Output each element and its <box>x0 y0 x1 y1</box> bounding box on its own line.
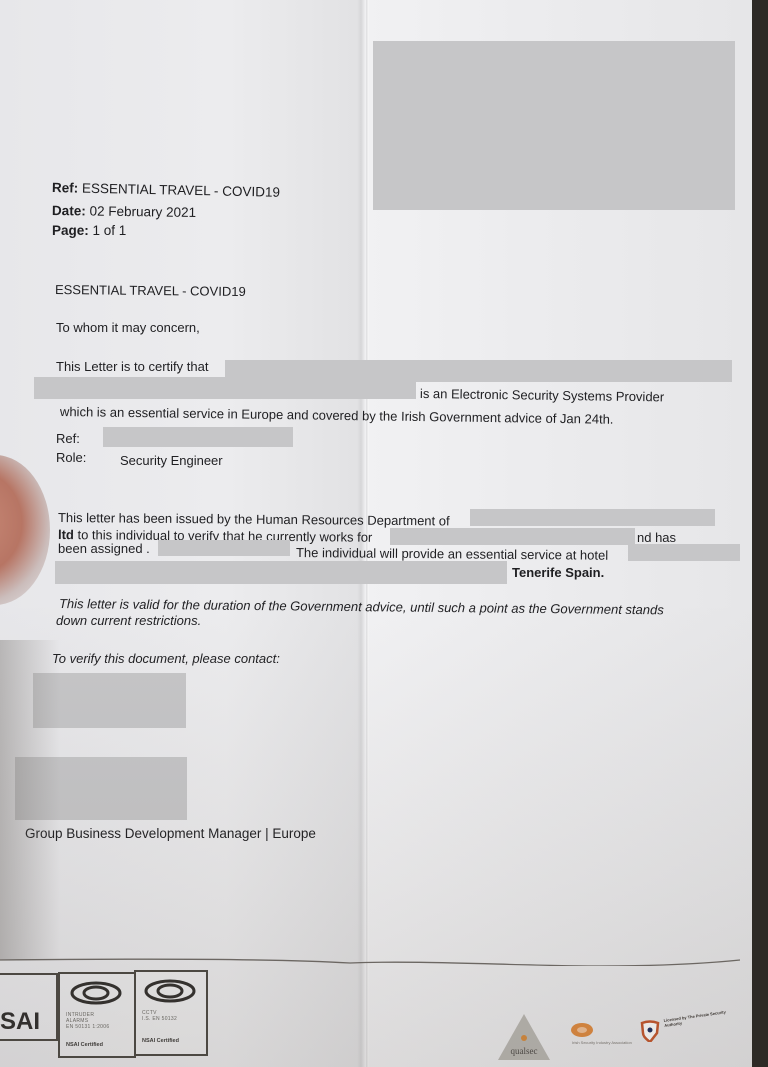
qualsec-text: qualsec <box>511 1046 538 1056</box>
nsai-certified-text: NSAI Certified <box>66 1042 103 1048</box>
thumb <box>0 455 50 605</box>
assigned-text: been assigned . <box>58 541 150 556</box>
page-line: Page: 1 of 1 <box>52 223 126 238</box>
nsai-certified-text: NSAI Certified <box>142 1038 179 1044</box>
psa-logo-text: Licensed by The Private Security Authori… <box>663 1007 744 1028</box>
nsai-eye-icon <box>68 980 124 1006</box>
intruder-alarms-cert: INTRUDER ALARMS EN 50131 1:2006 NSAI Cer… <box>58 972 136 1058</box>
provider-line: is an Electronic Security Systems Provid… <box>420 386 664 404</box>
salutation: To whom it may concern, <box>56 320 200 335</box>
ref-label: Ref: <box>52 180 79 196</box>
nsai-logo-text: SAI <box>0 1008 40 1036</box>
cctv-cert: CCTV I.S. EN 50132 NSAI Certified <box>134 970 208 1056</box>
date-label: Date: <box>52 203 86 218</box>
certify-line: This Letter is to certify that <box>56 359 208 374</box>
letter-page: Ref: ESSENTIAL TRAVEL - COVID19 Date: 02… <box>0 0 752 1067</box>
cert-line: I.S. EN 50132 <box>142 1016 177 1022</box>
redacted-hotel-address <box>55 561 507 584</box>
ref-line: Ref: ESSENTIAL TRAVEL - COVID19 <box>52 180 280 200</box>
isia-logo <box>570 1022 594 1038</box>
hr-issued-line: This letter has been issued by the Human… <box>58 510 450 528</box>
ref-value: ESSENTIAL TRAVEL - COVID19 <box>82 181 280 200</box>
footer-divider <box>0 956 745 966</box>
role-value: Security Engineer <box>120 453 223 468</box>
ref2-label: Ref: <box>56 431 80 446</box>
redacted-hotel-name <box>628 544 740 561</box>
and-has-text: nd has <box>637 530 676 545</box>
nsai-eye-icon <box>142 978 198 1004</box>
ltd-text: ltd <box>58 527 74 542</box>
date-value: 02 February 2021 <box>89 204 196 220</box>
essential-service-line: which is an essential service in Europe … <box>60 404 614 427</box>
qualsec-logo: qualsec <box>494 1012 554 1062</box>
subject-line: ESSENTIAL TRAVEL - COVID19 <box>55 282 246 299</box>
redacted-letterhead <box>373 41 735 210</box>
cert-line: EN 50131 1:2006 <box>66 1024 109 1030</box>
role-label: Role: <box>56 450 86 465</box>
psa-shield-icon <box>640 1020 660 1042</box>
location-text: Tenerife Spain. <box>512 565 604 580</box>
cctv-label: CCTV I.S. EN 50132 <box>142 1010 177 1022</box>
date-line: Date: 02 February 2021 <box>52 203 196 220</box>
page-label: Page: <box>52 223 89 238</box>
intruder-alarms-label: INTRUDER ALARMS EN 50131 1:2006 <box>66 1012 109 1030</box>
shadow <box>0 640 60 960</box>
redacted-assignment <box>158 540 290 556</box>
page-value: 1 of 1 <box>93 223 127 238</box>
redacted-company-name <box>34 377 416 399</box>
redacted-employer-2 <box>390 528 635 545</box>
signatory-title: Group Business Development Manager | Eur… <box>25 826 316 841</box>
isia-logo-text: Irish Security Industry Association <box>572 1040 632 1045</box>
verify-line: To verify this document, please contact: <box>52 651 280 666</box>
redacted-reference <box>103 427 293 447</box>
redacted-employer <box>470 509 715 526</box>
validity-line-2: down current restrictions. <box>56 613 201 628</box>
